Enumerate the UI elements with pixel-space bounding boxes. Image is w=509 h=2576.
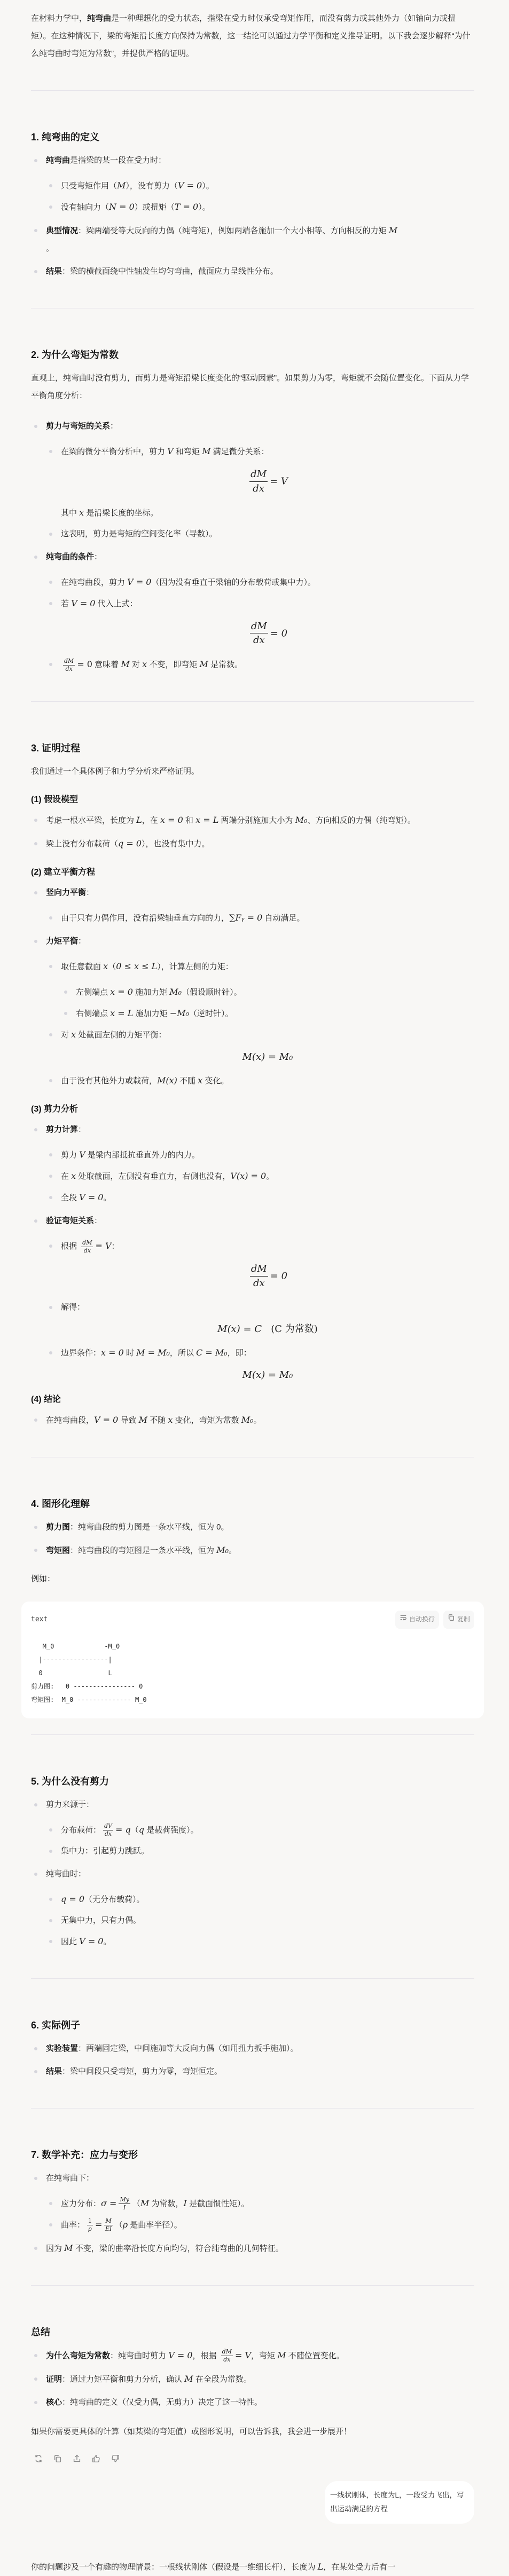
note: 其中 x 是沿梁长度的坐标。 xyxy=(46,504,474,522)
text: ，弯矩 xyxy=(251,2351,277,2360)
text: 不随位置变化。 xyxy=(286,2351,344,2360)
math: T = 0 xyxy=(175,202,198,212)
item-text: ：梁两端受等大反向的力偶（纯弯矩），例如两端各施加一个大小相等、方向相反的力矩 xyxy=(78,226,389,235)
list-item: 纯弯曲的条件： 在纯弯曲段，剪力 V = 0（因为没有垂直于梁轴的分布载荷或集中… xyxy=(31,548,474,674)
list-item: 剪力来源于： 分布载荷：dVdx= q（q 是载荷强度）。 集中力：引起剪力跳跃… xyxy=(31,1796,474,1860)
math: x = 0 xyxy=(101,1348,124,1358)
list-item: 核心：纯弯曲的定义（仅受力偶，无剪力）决定了这一特性。 xyxy=(31,2393,474,2411)
display-equation: dMdx= 0 xyxy=(61,1264,474,1289)
message-actions xyxy=(32,2452,474,2465)
list-item: 验证弯矩关系： 根据 dMdx= V： dMdx= 0 解得： M(x) = C… xyxy=(31,1212,474,1380)
math: x = 0 xyxy=(110,987,133,997)
text: 是沿梁长度的坐标。 xyxy=(84,509,158,518)
text: 两端分别施加大小为 xyxy=(218,816,295,825)
text: ），没有剪力（ xyxy=(126,181,178,191)
list-item: 应力分布：σ =MyI（M 为常数，I 是截面惯性矩）。 xyxy=(46,2194,474,2213)
text: 考虑一根水平梁，长度为 xyxy=(46,816,136,825)
section-title: 1. 纯弯曲的定义 xyxy=(31,128,474,146)
text: 在纯弯曲段， xyxy=(46,1416,94,1425)
fraction: dMdx xyxy=(250,621,268,646)
math: = V xyxy=(235,2350,251,2360)
bold-term: 结果 xyxy=(46,2067,62,2076)
text: ：通过力矩平衡和剪力分析，确认 xyxy=(62,2375,184,2384)
text: 不变，即弯矩 xyxy=(147,660,199,669)
text: 在梁的微分平衡分析中，剪力 xyxy=(61,447,167,456)
section-proof: 3. 证明过程 我们通过一个具体例子和力学分析来严格证明。 (1) 假设模型 考… xyxy=(31,739,474,1429)
equation: M(x) = M₀ xyxy=(242,1051,293,1063)
list-item: 没有轴向力（N = 0）或扭矩（T = 0）。 xyxy=(46,198,474,216)
numerator: My xyxy=(119,2197,130,2204)
text: （ xyxy=(115,2221,123,2230)
item-text: ：梁中间段只受弯矩，剪力为零，弯矩恒定。 xyxy=(62,2067,222,2076)
bullet-list: 剪力来源于： 分布载荷：dVdx= q（q 是载荷强度）。 集中力：引起剪力跳跃… xyxy=(31,1796,474,1951)
list-item: 全段 V = 0。 xyxy=(46,1188,474,1207)
text: 和弯矩 xyxy=(174,447,202,456)
text: ）。 xyxy=(198,203,210,212)
list-item: 结果：梁中间段只受弯矩，剪力为零，弯矩恒定。 xyxy=(31,2063,474,2080)
equation: M(x) = M₀ xyxy=(242,1369,293,1381)
list-item: 右侧端点 x = L 施加力矩 −M₀（逆时针）。 xyxy=(61,1004,474,1023)
math: N = 0 xyxy=(109,202,135,212)
text: 对 xyxy=(61,1031,71,1040)
text: （假设顺时针）。 xyxy=(182,988,242,997)
math: V = 0 xyxy=(79,1192,103,1202)
text: 根据 xyxy=(61,1242,79,1251)
section-no-shear: 5. 为什么没有剪力 剪力来源于： 分布载荷：dVdx= q（q 是载荷强度）。… xyxy=(31,1772,474,1951)
code-block: text 自动换行 复制 M_0 xyxy=(21,1602,484,1718)
item-text: 剪力来源于： xyxy=(46,1800,94,1809)
text: 应力分布： xyxy=(61,2199,101,2208)
text: 由于没有其他外力或载荷， xyxy=(61,1076,157,1085)
item-text: 纯弯曲时： xyxy=(46,1869,86,1879)
intro-bold: 纯弯曲 xyxy=(87,14,111,23)
text: 左侧端点 xyxy=(76,988,110,997)
list-item: 纯弯曲时： q = 0（无分布载荷）。 无集中力，只有力偶。 因此 V = 0。 xyxy=(31,1865,474,1951)
denominator: dx xyxy=(66,665,73,672)
equation: M(x) = C xyxy=(217,1323,262,1335)
equation-rhs: = 0 xyxy=(270,628,287,639)
math: q = 0 xyxy=(61,1894,84,1904)
sub-list: 取任意截面 x（0 ≤ x ≤ L），计算左侧的力矩： 左侧端点 x = 0 施… xyxy=(46,957,474,1090)
bullet-list: 剪力与弯矩的关系： 在梁的微分平衡分析中，剪力 V 和弯矩 M 满足微分关系： … xyxy=(31,417,474,673)
math: x = L xyxy=(110,1008,133,1018)
bold-term: 竖向力平衡 xyxy=(46,888,86,897)
fraction: dMdx xyxy=(249,469,268,494)
text: 边界条件： xyxy=(61,1349,101,1358)
list-item: 弯矩图：纯弯曲段的弯矩图是一条水平线，恒为 M₀。 xyxy=(31,1541,474,1559)
sub-list: 应力分布：σ =MyI（M 为常数，I 是截面惯性矩）。 曲率：1ρ=MEI（ρ… xyxy=(46,2194,474,2234)
text: ： xyxy=(78,1125,86,1134)
display-equation: dMdx= V xyxy=(61,469,474,494)
bullet-list: 为什么弯矩为常数：纯弯曲时剪力 V = 0，根据 dMdx= V，弯矩 M 不随… xyxy=(31,2347,474,2411)
numerator: dM xyxy=(81,1240,93,1247)
math: σ = xyxy=(101,2198,116,2208)
thumbs-up-icon[interactable] xyxy=(90,2452,103,2465)
math: M xyxy=(202,446,210,456)
list-item: 剪力与弯矩的关系： 在梁的微分平衡分析中，剪力 V 和弯矩 M 满足微分关系： … xyxy=(31,417,474,543)
math: −M₀ xyxy=(170,1008,189,1018)
divider xyxy=(31,1734,474,1735)
math: V xyxy=(167,446,174,456)
bold-term: 纯弯曲的条件 xyxy=(46,552,94,561)
text: 因为 xyxy=(46,2244,64,2253)
denominator: dx xyxy=(223,2356,230,2363)
code-header: text 自动换行 复制 xyxy=(31,1609,474,1630)
section-definition: 1. 纯弯曲的定义 纯弯曲是指梁的某一段在受力时： 只受弯矩作用（M），没有剪力… xyxy=(31,128,474,280)
text: 。 xyxy=(254,1416,262,1425)
regenerate-icon[interactable] xyxy=(32,2452,45,2465)
text: （ xyxy=(108,962,116,971)
text: 由于只有力偶作用，没有沿梁轴垂直方向的力， xyxy=(61,914,229,923)
bullet-list: 在纯弯曲段，V = 0 导致 M 不随 x 变化，弯矩为常数 M₀。 xyxy=(31,1411,474,1429)
list-item: 在 x 处取截面，左侧没有垂直力，右侧也没有，V(x) = 0。 xyxy=(46,1167,474,1185)
bullet-list: 实验装置：两端固定梁，中间施加等大反向力偶（如用扭力扳手施加）。 结果：梁中间段… xyxy=(31,2040,474,2080)
wrap-toggle-button[interactable]: 自动换行 xyxy=(395,1611,439,1629)
list-item: 边界条件：x = 0 时 M = M₀，所以 C = M₀，即： M(x) = … xyxy=(46,1344,474,1380)
sub-list: 根据 dMdx= V： dMdx= 0 解得： M(x) = C (C 为常数)… xyxy=(46,1237,474,1380)
example-label: 例如： xyxy=(31,1570,474,1588)
fraction: MEI xyxy=(104,2218,112,2232)
user-message-row: 一线状刚体，长度为L，一段受力飞出，写出运动满足的方程 xyxy=(31,2481,474,2524)
text: 是梁内部抵抗垂直外力的内力。 xyxy=(85,1151,200,1160)
math: M xyxy=(277,2350,286,2360)
bold-term: 结果 xyxy=(46,267,62,276)
section-summary: 总结 为什么弯矩为常数：纯弯曲时剪力 V = 0，根据 dMdx= V，弯矩 M… xyxy=(31,2323,474,2440)
numerator: dM xyxy=(250,621,268,634)
bullet-list: 剪力计算： 剪力 V 是梁内部抵抗垂直外力的内力。 在 x 处取截面，左侧没有垂… xyxy=(31,1121,474,1380)
fraction: dVdx xyxy=(103,1823,113,1837)
section-title: 5. 为什么没有剪力 xyxy=(31,1772,474,1790)
text: 是常数。 xyxy=(208,660,242,669)
subsection-title: (2) 建立平衡方程 xyxy=(31,865,474,881)
text: ，根据 xyxy=(193,2351,219,2360)
math: M xyxy=(117,180,126,191)
text: （ xyxy=(131,1826,139,1835)
denominator: dx xyxy=(253,482,264,494)
bold-term: 弯矩图 xyxy=(46,1546,70,1555)
text: 解得： xyxy=(61,1303,85,1312)
item-text: 在纯弯曲下： xyxy=(46,2174,94,2183)
divider xyxy=(31,2108,474,2109)
bullet-list: 纯弯曲是指梁的某一段在受力时： 只受弯矩作用（M），没有剪力（V = 0）。 没… xyxy=(31,152,474,280)
text: 右侧端点 xyxy=(76,1009,110,1018)
list-item: 考虑一根水平梁，长度为 L，在 x = 0 和 x = L 两端分别施加大小为 … xyxy=(31,811,474,829)
math: C = M₀ xyxy=(196,1348,228,1358)
list-item: 力矩平衡： 取任意截面 x（0 ≤ x ≤ L），计算左侧的力矩： 左侧端点 x… xyxy=(31,932,474,1090)
math: L xyxy=(136,815,142,825)
assistant-response-start: 你的问题涉及一个有趣的物理情景：一根线状刚体（假设是一维细长杆），长度为 L，在… xyxy=(31,2558,474,2576)
text: 全段 xyxy=(61,1193,79,1202)
math: V(x) = 0 xyxy=(230,1171,266,1181)
code-language: text xyxy=(31,1611,48,1628)
text: 是曲率半径）。 xyxy=(128,2221,182,2230)
list-item: 无集中力，只有力偶。 xyxy=(46,1912,474,1929)
display-equation: M(x) = M₀ xyxy=(61,1052,474,1062)
text: 只受弯矩作用（ xyxy=(61,181,117,191)
text: 导致 xyxy=(118,1416,138,1425)
math: V = 0 xyxy=(127,577,151,587)
math: M(x) xyxy=(157,1075,177,1085)
closing-paragraph: 如果你需要更具体的计算（如某梁的弯矩值）或图形说明，可以告诉我，我会进一步展开！ xyxy=(31,2423,474,2440)
denominator: dx xyxy=(253,633,265,646)
list-item: 对 x 处截面左侧的力矩平衡： M(x) = M₀ xyxy=(46,1026,474,1062)
intro-text: 在材料力学中， xyxy=(31,14,87,23)
item-text: ：纯弯曲段的弯矩图是一条水平线，恒为 xyxy=(70,1546,216,1555)
text: （ xyxy=(132,2199,140,2208)
text: （无分布载荷）。 xyxy=(84,1895,145,1904)
subsection-title: (4) 结论 xyxy=(31,1392,474,1408)
math: = 0 xyxy=(77,659,92,669)
text: 没有轴向力（ xyxy=(61,203,109,212)
math: x xyxy=(198,1075,202,1085)
math: M xyxy=(121,659,129,669)
text: 其中 xyxy=(61,509,79,518)
text: 自动满足。 xyxy=(262,914,304,923)
bold-term: 为什么弯矩为常数 xyxy=(46,2351,110,2360)
code-actions: 自动换行 复制 xyxy=(395,1611,474,1629)
list-item: 结果：梁的横截面绕中性轴发生均匀弯曲，截面应力呈线性分布。 xyxy=(31,263,474,280)
text: （因为没有垂直于梁轴的分布载荷或集中力）。 xyxy=(151,578,316,587)
list-item: 在纯弯曲下： 应力分布：σ =MyI（M 为常数，I 是截面惯性矩）。 曲率：1… xyxy=(31,2169,474,2234)
fraction: dMdx xyxy=(63,658,75,672)
text: 。 xyxy=(103,1193,111,1202)
math: M₀ xyxy=(216,1545,229,1555)
text: 不变，梁的曲率沿长度方向均匀，符合纯弯曲的几何特征。 xyxy=(73,2244,284,2253)
bold-term: 剪力与弯矩的关系 xyxy=(46,422,110,431)
text: ： xyxy=(112,1242,120,1251)
sub-list: 只受弯矩作用（M），没有剪力（V = 0）。 没有轴向力（N = 0）或扭矩（T… xyxy=(46,177,474,216)
math: x xyxy=(103,961,108,971)
list-item: dMdx= 0 意味着 M 对 x 不变，即弯矩 M 是常数。 xyxy=(46,655,474,673)
list-item: 在纯弯曲段，剪力 V = 0（因为没有垂直于梁轴的分布载荷或集中力）。 xyxy=(46,573,474,591)
divider xyxy=(31,2285,474,2286)
item-text: 是指梁的某一段在受力时： xyxy=(70,156,166,165)
text: ），也没有集中力。 xyxy=(142,839,210,849)
bold-term: 验证弯矩关系 xyxy=(46,1216,94,1225)
section-title: 3. 证明过程 xyxy=(31,739,474,757)
list-item: 若 V = 0 代入上式： dMdx= 0 xyxy=(46,595,474,646)
math: M xyxy=(389,225,397,235)
thumbs-down-icon[interactable] xyxy=(109,2452,122,2465)
math: M xyxy=(140,2198,149,2208)
text: ），计算左侧的力矩： xyxy=(157,962,233,971)
math: L xyxy=(318,2562,324,2572)
list-item: 典型情况：梁两端受等大反向的力偶（纯弯矩），例如两端各施加一个大小相等、方向相反… xyxy=(31,221,474,257)
denominator: dx xyxy=(253,1277,265,1289)
display-equation: M(x) = M₀ xyxy=(61,1370,474,1380)
display-equation: dMdx= 0 xyxy=(61,621,474,646)
list-item: 纯弯曲是指梁的某一段在受力时： 只受弯矩作用（M），没有剪力（V = 0）。 没… xyxy=(31,152,474,216)
sub-sub-list: 左侧端点 x = 0 施加力矩 M₀（假设顺时针）。 右侧端点 x = L 施加… xyxy=(61,983,474,1023)
list-item: q = 0（无分布载荷）。 xyxy=(46,1890,474,1908)
fraction: dMdx xyxy=(81,1240,93,1254)
math: V = 0 xyxy=(168,2350,192,2360)
share-icon[interactable] xyxy=(71,2452,83,2465)
section-title: 4. 图形化理解 xyxy=(31,1495,474,1513)
numerator: dM xyxy=(249,469,268,482)
section-intro: 直观上，纯弯曲时没有剪力，而剪力是弯矩沿梁长度变化的“驱动因素”。如果剪力为零，… xyxy=(31,369,474,405)
equation-rhs: = V xyxy=(270,475,288,487)
denominator: dx xyxy=(105,1830,112,1837)
copy-label: 复制 xyxy=(457,1611,470,1628)
numerator: dM xyxy=(221,2349,233,2356)
divider xyxy=(31,1978,474,1979)
subsection-title: (1) 假设模型 xyxy=(31,792,474,808)
math: M₀ xyxy=(169,987,182,997)
text: 对 xyxy=(130,660,142,669)
divider xyxy=(31,308,474,308)
equation-rhs: = 0 xyxy=(270,1270,287,1281)
text: 在 xyxy=(61,1172,71,1181)
bullet-list: 在纯弯曲下： 应力分布：σ =MyI（M 为常数，I 是截面惯性矩）。 曲率：1… xyxy=(31,2169,474,2257)
bold-term: 核心 xyxy=(46,2398,62,2407)
math: x xyxy=(79,508,84,518)
text: 变化。 xyxy=(202,1076,229,1085)
text: ： xyxy=(110,422,118,431)
numerator: 1 xyxy=(87,2218,93,2225)
numerator: dV xyxy=(103,1823,113,1830)
sub-list: 在梁的微分平衡分析中，剪力 V 和弯矩 M 满足微分关系： dMdx= V 其中… xyxy=(46,442,474,543)
fraction: 1ρ xyxy=(87,2218,93,2232)
text: ：纯弯曲时剪力 xyxy=(110,2351,168,2360)
list-item: 因此 V = 0。 xyxy=(46,1932,474,1951)
text: 是载荷强度）。 xyxy=(144,1826,199,1835)
list-item: 曲率：1ρ=MEI（ρ 是曲率半径）。 xyxy=(46,2216,474,2234)
list-item: 左侧端点 x = 0 施加力矩 M₀（假设顺时针）。 xyxy=(61,983,474,1001)
bold-term: 剪力图 xyxy=(46,1523,70,1532)
bullet-list: 考虑一根水平梁，长度为 L，在 x = 0 和 x = L 两端分别施加大小为 … xyxy=(31,811,474,853)
text: 剪力 xyxy=(61,1151,79,1160)
fraction: MyI xyxy=(119,2197,130,2211)
bullet-list: 剪力图：纯弯曲段的剪力图是一条水平线，恒为 0。 弯矩图：纯弯曲段的弯矩图是一条… xyxy=(31,1518,474,1559)
list-item: 剪力图：纯弯曲段的剪力图是一条水平线，恒为 0。 xyxy=(31,1518,474,1536)
text: 施加力矩 xyxy=(133,988,169,997)
subsection-title: (3) 剪力分析 xyxy=(31,1101,474,1117)
user-message-bubble: 一线状刚体，长度为L，一段受力飞出，写出运动满足的方程 xyxy=(325,2481,474,2524)
math: = q xyxy=(115,1825,131,1835)
list-item: 剪力计算： 剪力 V 是梁内部抵抗垂直外力的内力。 在 x 处取截面，左侧没有垂… xyxy=(31,1121,474,1207)
text: ： xyxy=(94,552,102,561)
copy-code-button[interactable]: 复制 xyxy=(443,1611,474,1629)
section-title: 6. 实际例子 xyxy=(31,2016,474,2034)
math: 0 ≤ x ≤ L xyxy=(116,961,157,971)
section-example: 6. 实际例子 实验装置：两端固定梁，中间施加等大反向力偶（如用扭力扳手施加）。… xyxy=(31,2016,474,2080)
math: x xyxy=(142,659,147,669)
list-item: 由于没有其他外力或载荷，M(x) 不随 x 变化。 xyxy=(46,1072,474,1090)
text: ，所以 xyxy=(170,1349,196,1358)
section-intro: 我们通过一个具体例子和力学分析来严格证明。 xyxy=(31,763,474,780)
list-item: 只受弯矩作用（M），没有剪力（V = 0）。 xyxy=(46,177,474,195)
math: = xyxy=(95,2220,102,2230)
text: 。 xyxy=(103,1937,111,1946)
math: M₀ xyxy=(241,1415,254,1425)
list-item: 实验装置：两端固定梁，中间施加等大反向力偶（如用扭力扳手施加）。 xyxy=(31,2040,474,2057)
text: 施加力矩 xyxy=(133,1009,169,1018)
list-item: 集中力：引起剪力跳跃。 xyxy=(46,1842,474,1860)
math: x = 0 xyxy=(160,815,183,825)
fraction: dMdx xyxy=(221,2349,233,2363)
math: q xyxy=(139,1825,144,1835)
text: 。 xyxy=(229,1546,237,1555)
math: ρ xyxy=(123,2220,128,2230)
text: ： xyxy=(86,888,94,897)
chat-transcript: 在材料力学中，纯弯曲是一种理想化的受力状态，指梁在受力时仅承受弯矩作用，而没有剪… xyxy=(31,0,474,2576)
equation-note: (C 为常数) xyxy=(271,1323,318,1335)
fraction: dMdx xyxy=(250,1264,268,1289)
section-why-constant: 2. 为什么弯矩为常数 直观上，纯弯曲时没有剪力，而剪力是弯矩沿梁长度变化的“驱… xyxy=(31,346,474,673)
text: 不随 xyxy=(147,1416,168,1425)
text: ）。 xyxy=(202,181,214,191)
wrap-label: 自动换行 xyxy=(409,1611,435,1628)
text: 。 xyxy=(266,1172,274,1181)
item-text: ：纯弯曲的定义（仅受力偶，无剪力）决定了这一特性。 xyxy=(62,2398,262,2407)
divider xyxy=(31,701,474,702)
list-item: 根据 dMdx= V： dMdx= 0 xyxy=(46,1237,474,1289)
section-title: 7. 数学补充：应力与变形 xyxy=(31,2146,474,2164)
math: M₀ xyxy=(295,815,308,825)
text: 。 xyxy=(46,244,54,253)
text: 满足微分关系： xyxy=(210,447,269,456)
text: 为常数， xyxy=(149,2199,183,2208)
denominator: dx xyxy=(84,1247,91,1254)
bold-term: 实验装置 xyxy=(46,2044,78,2053)
math: M xyxy=(139,1415,147,1425)
text: 和 xyxy=(183,816,195,825)
math: V = 0 xyxy=(94,1415,118,1425)
sub-list: 在纯弯曲段，剪力 V = 0（因为没有垂直于梁轴的分布载荷或集中力）。 若 V … xyxy=(46,573,474,674)
wrap-icon xyxy=(400,1611,407,1628)
text: 因此 xyxy=(61,1937,79,1946)
math: M xyxy=(199,659,208,669)
list-item: 证明：通过力矩平衡和剪力分析，确认 M 在全段为常数。 xyxy=(31,2370,474,2388)
text: ，在某处受力后有一 xyxy=(323,2563,395,2572)
text: 分布载荷： xyxy=(61,1826,101,1835)
text: 意味着 xyxy=(92,660,121,669)
math: x xyxy=(71,1029,76,1040)
list-item: 取任意截面 x（0 ≤ x ≤ L），计算左侧的力矩： 左侧端点 x = 0 施… xyxy=(46,957,474,1023)
text: 若 xyxy=(61,599,71,608)
copy-icon[interactable] xyxy=(51,2452,64,2465)
section-graphical: 4. 图形化理解 剪力图：纯弯曲段的剪力图是一条水平线，恒为 0。 弯矩图：纯弯… xyxy=(31,1495,474,1718)
divider xyxy=(31,1457,474,1457)
sub-list: 剪力 V 是梁内部抵抗垂直外力的内力。 在 x 处取截面，左侧没有垂直力，右侧也… xyxy=(46,1146,474,1207)
bold-term: 纯弯曲 xyxy=(46,156,70,165)
list-item: 解得： M(x) = C (C 为常数) xyxy=(46,1298,474,1334)
list-item: 在纯弯曲段，V = 0 导致 M 不随 x 变化，弯矩为常数 M₀。 xyxy=(31,1411,474,1429)
text: 在纯弯曲段，剪力 xyxy=(61,578,127,587)
math: = V xyxy=(95,1241,111,1251)
divider xyxy=(31,90,474,91)
text: 是截面惯性矩）。 xyxy=(187,2199,249,2208)
denominator: ρ xyxy=(88,2225,91,2232)
text: 时 xyxy=(124,1349,136,1358)
denominator: I xyxy=(123,2204,126,2211)
bold-term: 力矩平衡 xyxy=(46,937,78,946)
math: x xyxy=(71,1171,76,1181)
item-text: ：梁的横截面绕中性轴发生均匀弯曲，截面应力呈线性分布。 xyxy=(62,267,278,276)
math: q = 0 xyxy=(118,838,142,849)
text: 变化，弯矩为常数 xyxy=(173,1416,241,1425)
text: ： xyxy=(94,1216,102,1225)
list-item: 竖向力平衡： 由于只有力偶作用，没有沿梁轴垂直方向的力，∑Fᵧ = 0 自动满足… xyxy=(31,884,474,927)
denominator: EI xyxy=(105,2225,112,2232)
math: M xyxy=(64,2243,73,2253)
numerator: dM xyxy=(63,658,75,665)
text: ，即： xyxy=(228,1349,252,1358)
math: M = M₀ xyxy=(136,1348,170,1358)
math: M xyxy=(184,2374,193,2384)
text: ）或扭矩（ xyxy=(135,203,175,212)
